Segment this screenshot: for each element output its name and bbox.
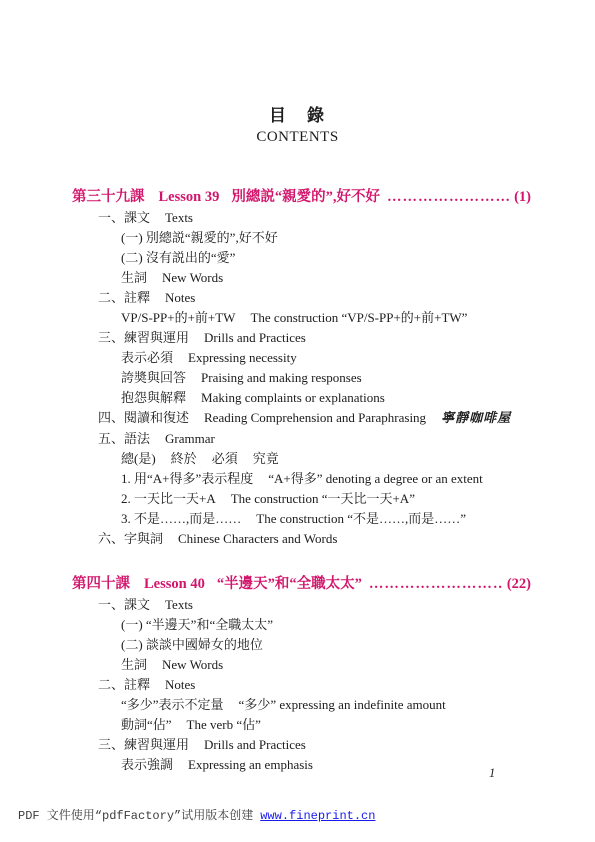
toc-entry-text: New Words [162,657,223,672]
toc-entry-text: Reading Comprehension and Paraphrasing [204,410,426,425]
toc-entry-text: Drills and Practices [204,737,306,752]
toc-entry-text: The construction “一天比一天+A” [231,491,415,506]
toc-line: 總(是)終於必須究竟 [72,449,531,469]
footer-text: PDF 文件使用“pdfFactory”试用版本创建 [18,809,253,823]
toc-entry-text: The verb “佔” [187,717,261,732]
contents-title-chinese: 目 錄 [0,101,595,126]
toc-entry-text: 三、練習與運用 [98,330,189,345]
toc-line: 3. 不是……,而是……The construction “不是……,而是……” [72,509,531,529]
toc-entry-text: VP/S-PP+的+前+TW [121,310,235,325]
toc-entry-text: (二) 談談中國婦女的地位 [121,637,263,652]
toc-line: 表示必須Expressing necessity [72,348,531,368]
toc-entry-text: Grammar [165,431,215,446]
lesson-page-ref: (1) [514,186,531,208]
toc-entry-text: Making complaints or explanations [201,390,385,405]
toc-line: (二) 沒有説出的“愛” [72,248,531,268]
toc-entry-text: 四、閱讀和復述 [98,410,189,425]
lesson-heading: 第三十九課Lesson 39別總説“親愛的”,好不好……………………………………… [72,186,531,208]
toc-entry-text: “A+得多” denoting a degree or an extent [268,471,483,486]
toc-entry-text: New Words [162,270,223,285]
toc-entry-text: 抱怨與解釋 [121,390,186,405]
toc-entry-text: Drills and Practices [204,330,306,345]
lesson-title: 別總説“親愛的”,好不好 [231,186,380,208]
toc-line: (一) 別總説“親愛的”,好不好 [72,228,531,248]
lesson-block: 第四十課Lesson 40“半邊天”和“全職太太”………………………………………… [72,573,531,775]
toc-entry-text: 五、語法 [98,431,150,446]
toc-line: 生詞New Words [72,655,531,675]
toc-entry-text: 總(是) [121,451,156,466]
toc-entry-text: “多少”表示不定量 [121,697,224,712]
lesson-page-ref: (22) [507,573,531,595]
toc-line: 二、註釋Notes [72,675,531,695]
toc-line: 三、練習與運用Drills and Practices [72,328,531,348]
toc-entry-text: 一、課文 [98,597,150,612]
toc-entry-text: Chinese Characters and Words [178,531,337,546]
toc-entry-text: 三、練習與運用 [98,737,189,752]
lesson-title: “半邊天”和“全職太太” [217,573,362,595]
toc-entry-text: Praising and making responses [201,370,362,385]
toc-line: 四、閱讀和復述Reading Comprehension and Paraphr… [72,408,531,429]
toc-entry-text: 生詞 [121,657,147,672]
toc-entry-text: 表示必須 [121,350,173,365]
toc-entry-text: 終於 [171,451,197,466]
dot-leader: ……………………………………………………………… [369,573,502,595]
title-block: 目 錄 CONTENTS [0,0,595,146]
toc-line: 生詞New Words [72,268,531,288]
document-page: 目 錄 CONTENTS 第三十九課Lesson 39別總説“親愛的”,好不好…… [0,0,595,842]
page-number: 1 [489,766,495,781]
toc-line: 抱怨與解釋Making complaints or explanations [72,388,531,408]
toc-entry-text: 1. 用“A+得多”表示程度 [121,471,253,486]
toc-line: 一、課文Texts [72,595,531,615]
toc-entry-text: 3. 不是……,而是…… [121,511,241,526]
toc-entry-text: 動詞“佔” [121,717,172,732]
toc-entry-text: Expressing an emphasis [188,757,313,772]
toc-entry-text: (二) 沒有説出的“愛” [121,250,235,265]
toc-line: 二、註釋Notes [72,288,531,308]
toc-line: 三、練習與運用Drills and Practices [72,735,531,755]
toc-entry-text: 一、課文 [98,210,150,225]
lesson-number-chinese: 第三十九課 [72,186,145,208]
toc-entry-text: 2. 一天比一天+A [121,491,216,506]
toc-line: 2. 一天比一天+AThe construction “一天比一天+A” [72,489,531,509]
toc-entry-text: The construction “不是……,而是……” [256,511,466,526]
lesson-label-english: Lesson 40 [144,573,205,595]
toc-line: (一) “半邊天”和“全職太太” [72,615,531,635]
lesson-block: 第三十九課Lesson 39別總説“親愛的”,好不好……………………………………… [72,186,531,549]
toc-line: 六、字與詞Chinese Characters and Words [72,529,531,549]
toc-entry-text: Texts [165,597,193,612]
toc-entry-text: 表示強調 [121,757,173,772]
table-of-contents: 第三十九課Lesson 39別總説“親愛的”,好不好……………………………………… [0,186,595,775]
toc-entry-text: Notes [165,677,195,692]
toc-entry-text: 誇奬與回答 [121,370,186,385]
toc-entry-text: 必須 [212,451,238,466]
toc-line: 1. 用“A+得多”表示程度“A+得多” denoting a degree o… [72,469,531,489]
toc-line: (二) 談談中國婦女的地位 [72,635,531,655]
dot-leader: ……………………………………………………………… [387,186,509,208]
toc-line: 一、課文Texts [72,208,531,228]
contents-title-english: CONTENTS [0,129,595,146]
toc-entry-text: “多少” expressing an indefinite amount [239,697,446,712]
toc-entry-text: Expressing necessity [188,350,297,365]
toc-line: 誇奬與回答Praising and making responses [72,368,531,388]
lesson-label-english: Lesson 39 [159,186,220,208]
toc-line: 五、語法Grammar [72,429,531,449]
toc-entry-text: 二、註釋 [98,677,150,692]
lesson-heading: 第四十課Lesson 40“半邊天”和“全職太太”………………………………………… [72,573,531,595]
toc-entry-text: 二、註釋 [98,290,150,305]
handwritten-annotation: 寧靜咖啡屋 [441,411,511,426]
toc-line: VP/S-PP+的+前+TWThe construction “VP/S-PP+… [72,308,531,328]
toc-entry-text: 六、字與詞 [98,531,163,546]
lesson-number-chinese: 第四十課 [72,573,130,595]
toc-entry-text: (一) 別總説“親愛的”,好不好 [121,230,278,245]
fineprint-link[interactable]: www.fineprint.cn [260,809,375,823]
toc-entry-text: (一) “半邊天”和“全職太太” [121,617,273,632]
toc-entry-text: 究竟 [253,451,279,466]
toc-entry-text: The construction “VP/S-PP+的+前+TW” [250,310,467,325]
toc-entry-text: Notes [165,290,195,305]
toc-line: “多少”表示不定量“多少” expressing an indefinite a… [72,695,531,715]
toc-entry-text: Texts [165,210,193,225]
pdf-trial-footer: PDF 文件使用“pdfFactory”试用版本创建www.fineprint.… [18,806,375,823]
toc-entry-text: 生詞 [121,270,147,285]
toc-line: 表示強調Expressing an emphasis [72,755,531,775]
toc-line: 動詞“佔”The verb “佔” [72,715,531,735]
